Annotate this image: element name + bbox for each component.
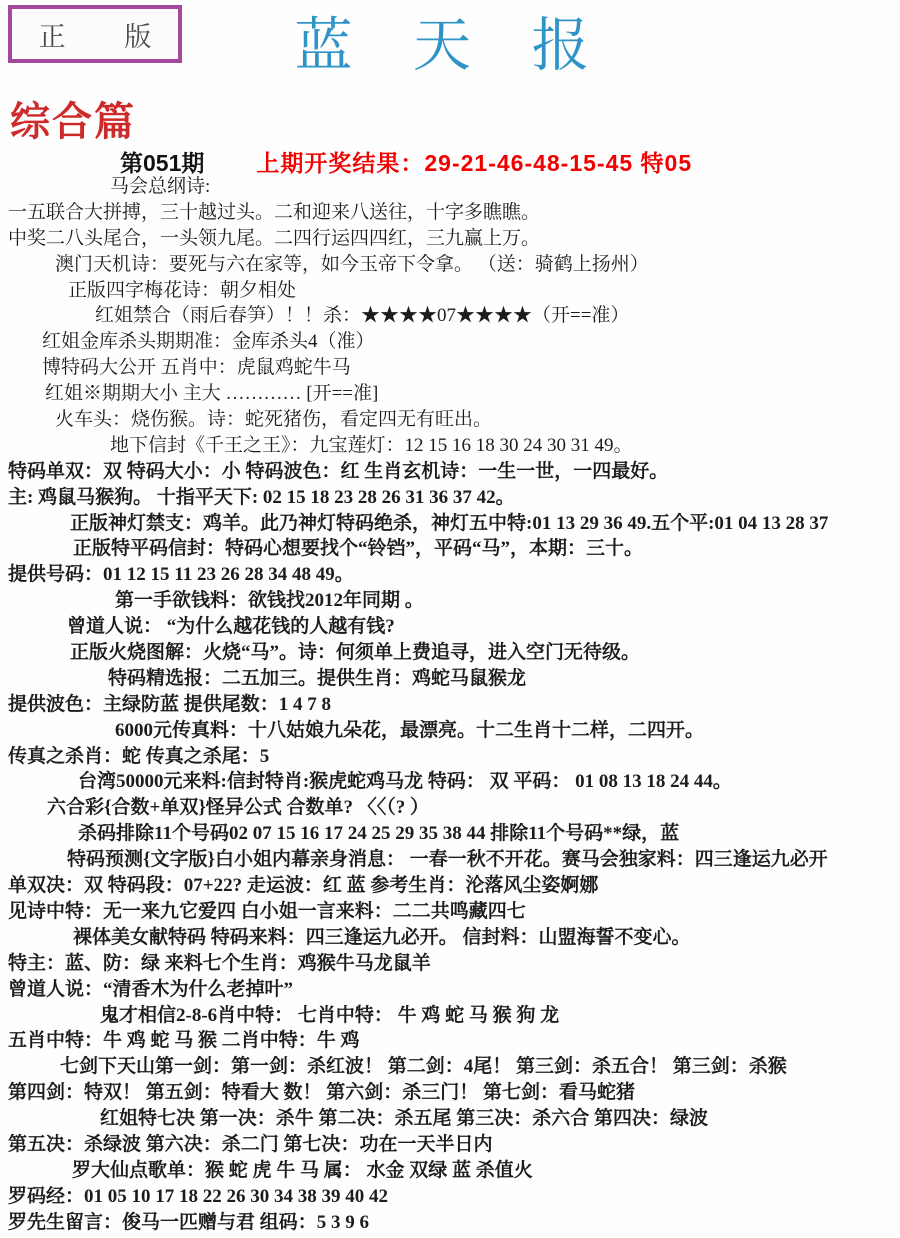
- body-line: 火车头：烧伤猴。诗：蛇死猪伤，看定四无有旺出。: [0, 407, 900, 433]
- body-line: 中奖二八头尾合，一头领九尾。二四行运四四红，三九赢上万。: [0, 226, 900, 252]
- page-title: 蓝 天 报: [0, 6, 900, 86]
- body-line: 提供波色：主绿防蓝 提供尾数：1 4 7 8: [0, 692, 900, 718]
- body-line: 单双决：双 特码段：07+22? 走运波：红 蓝 参考生肖：沦落风尘姿婀娜: [0, 873, 900, 899]
- body-line: 鬼才相信2-8-6肖中特： 七肖中特： 牛 鸡 蛇 马 猴 狗 龙: [0, 1003, 900, 1029]
- body-line: 罗大仙点歌单：猴 蛇 虎 牛 马 属： 水金 双绿 蓝 杀值火: [0, 1158, 900, 1184]
- body-line: 第四剑：特双！ 第五剑：特看大 数！ 第六剑：杀三门！ 第七剑：看马蛇猪: [0, 1080, 900, 1106]
- body-line: 特码单双：双 特码大小：小 特码波色：红 生肖玄机诗：一生一世，一四最好。: [0, 459, 900, 485]
- body-line: 马会总纲诗:: [0, 174, 900, 200]
- body-line: 红姐禁合（雨后春笋）！！杀：★★★★07★★★★（开==准）: [0, 303, 900, 329]
- body-line: 红姐特七决 第一决：杀牛 第二决：杀五尾 第三决：杀六合 第四决：绿波: [0, 1106, 900, 1132]
- body-line: 主: 鸡鼠马猴狗。 十指平天下: 02 15 18 23 28 26 31 36…: [0, 485, 900, 511]
- body-line: 杀码排除11个号码02 07 15 16 17 24 25 29 35 38 4…: [0, 821, 900, 847]
- body-line: 特码预测{文字版}白小姐内幕亲身消息： 一春一秋不开花。赛马会独家料：四三逢运九…: [0, 847, 900, 873]
- body-line: 博特码大公开 五肖中：虎鼠鸡蛇牛马: [0, 355, 900, 381]
- body-line: 台湾50000元来料:信封特肖:猴虎蛇鸡马龙 特码： 双 平码： 01 08 1…: [0, 769, 900, 795]
- body-line: 第一手欲钱料：欲钱找2012年同期 。: [0, 588, 900, 614]
- body-line: 七剑下天山第一剑：第一剑：杀红波！ 第二剑：4尾！ 第三剑：杀五合！ 第三剑：杀…: [0, 1054, 900, 1080]
- body-line: 六合彩{合数+单双}怪异公式 合数单? 〈〈（? ）: [0, 795, 900, 821]
- lottery-report-page: 正 版 蓝 天 报 综合篇 第051期 上期开奖结果：29-21-46-48-1…: [0, 0, 900, 1238]
- body-line: 红姐※期期大小 主大 ………… [开==准]: [0, 381, 900, 407]
- body-line: 正版神灯禁支：鸡羊。此乃神灯特码绝杀，神灯五中特:01 13 29 36 49.…: [0, 511, 900, 537]
- section-title: 综合篇: [10, 90, 136, 147]
- body-line: 第五决：杀绿波 第六决：杀二门 第七决：功在一天半日内: [0, 1132, 900, 1158]
- body-line: 五肖中特：牛 鸡 蛇 马 猴 二肖中特：牛 鸡: [0, 1028, 900, 1054]
- body-line: 正版火烧图解：火烧“马”。诗：何须单上费追寻，进入空门无待级。: [0, 640, 900, 666]
- body-line: 裸体美女献特码 特码来料：四三逢运九必开。 信封料：山盟海誓不变心。: [0, 925, 900, 951]
- body-line: 曾道人说：“清香木为什么老掉叶”: [0, 977, 900, 1003]
- body-line: 罗先生留言：俊马一匹赠与君 组码：5 3 9 6: [0, 1210, 900, 1236]
- body-line: 澳门天机诗：要死与六在家等，如今玉帝下令拿。 （送：骑鹤上扬州）: [0, 252, 900, 278]
- body-line: 罗码经：01 05 10 17 18 22 26 30 34 38 39 40 …: [0, 1184, 900, 1210]
- body-line: 见诗中特：无一来九它爱四 白小姐一言来料：二二共鸣藏四七: [0, 899, 900, 925]
- body-line: 特主：蓝、防：绿 来料七个生肖：鸡猴牛马龙鼠羊: [0, 951, 900, 977]
- body-line: 一五联合大拼搏，三十越过头。二和迎来八送往，十字多瞧瞧。: [0, 200, 900, 226]
- body-line: 特码精选报：二五加三。提供生肖：鸡蛇马鼠猴龙: [0, 666, 900, 692]
- body-line: 正版四字梅花诗：朝夕相处: [0, 278, 900, 304]
- body-line: 红姐金库杀头期期准：金库杀头4（准）: [0, 329, 900, 355]
- body-line: 传真之杀肖：蛇 传真之杀尾：5: [0, 744, 900, 770]
- body-line: 曾道人说： “为什么越花钱的人越有钱?: [0, 614, 900, 640]
- body-line: 正版特平码信封：特码心想要找个“铃铛”，平码“马”，本期：三十。: [0, 536, 900, 562]
- body-line: 地下信封《千王之王》：九宝莲灯：12 15 16 18 30 24 30 31 …: [0, 433, 900, 459]
- report-body: 马会总纲诗:一五联合大拼搏，三十越过头。二和迎来八送往，十字多瞧瞧。中奖二八头尾…: [0, 174, 900, 1236]
- body-line: 提供号码：01 12 15 11 23 26 28 34 48 49。: [0, 562, 900, 588]
- body-line: 6000元传真料：十八姑娘九朵花，最漂亮。十二生肖十二样，二四开。: [0, 718, 900, 744]
